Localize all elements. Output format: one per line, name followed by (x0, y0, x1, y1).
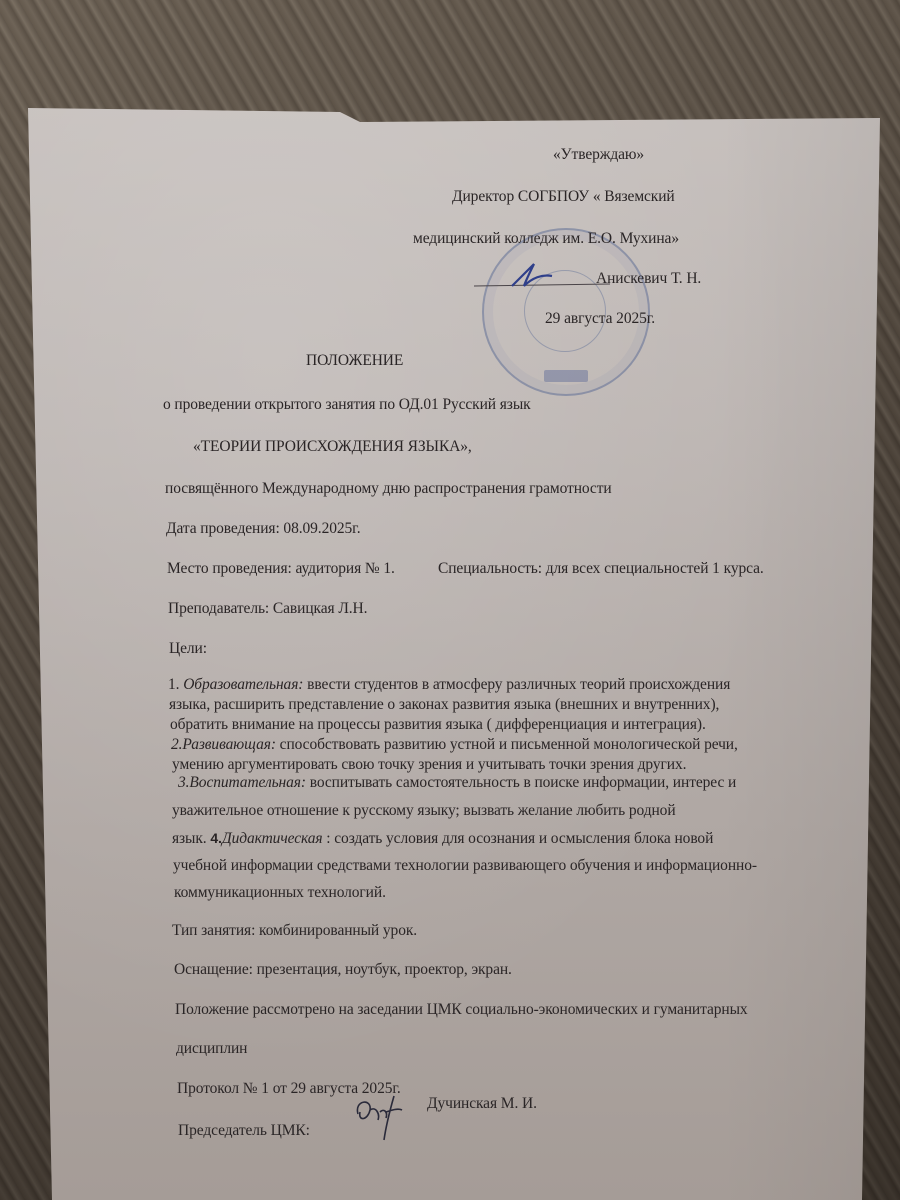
review-line-1: Положение рассмотрено на заседании ЦМК с… (175, 1001, 748, 1019)
goal-1-line-3: обратить внимание на процессы развития я… (170, 716, 706, 734)
stamp-label-block (544, 370, 588, 382)
goal-2-text: способствовать развитию устной и письмен… (276, 736, 738, 753)
teacher-name: Преподаватель: Савицкая Л.Н. (168, 600, 367, 618)
director-line-2: медицинский колледж им. Е.О. Мухина» (413, 230, 679, 248)
goal-4-line-2: учебной информации средствами технологии… (173, 857, 757, 875)
document-title: ПОЛОЖЕНИЕ (306, 352, 403, 370)
lesson-place: Место проведения: аудитория № 1. (167, 560, 395, 578)
goal-3-text: воспитывать самостоятельность в поиске и… (306, 774, 736, 791)
director-name: Анискевич Т. Н. (596, 270, 701, 288)
review-line-2: дисциплин (176, 1040, 247, 1058)
lesson-type: Тип занятия: комбинированный урок. (172, 922, 417, 940)
equipment: Оснащение: презентация, ноутбук, проекто… (174, 961, 512, 979)
director-line-1: Директор СОГБПОУ « Вяземский (452, 188, 675, 206)
goal-1-line-2: языка, расширить представление о законах… (169, 696, 719, 714)
goal-4-line-3: коммуникационных технологий. (174, 884, 386, 902)
goal-3-line-3: язык. 4.Дидактическая : создать условия … (172, 830, 713, 848)
goal-3-line-1: 3.Воспитательная: воспитывать самостояте… (178, 774, 736, 792)
goals-label: Цели: (169, 640, 207, 658)
goal-3-line-2: уважительное отношение к русскому языку;… (172, 802, 676, 820)
goal-3-text-end: язык. (172, 830, 210, 847)
lesson-topic: «ТЕОРИИ ПРОИСХОЖДЕНИЯ ЯЗЫКА», (193, 438, 472, 456)
goal-4-label: Дидактическая (222, 830, 323, 847)
chair-name: Дучинская М. И. (427, 1095, 537, 1113)
chair-signature-icon (350, 1092, 410, 1144)
goal-2-line-2: умению аргументировать свою точку зрения… (172, 756, 686, 774)
document-subtitle: о проведении открытого занятия по ОД.01 … (163, 396, 531, 414)
lesson-date: Дата проведения: 08.09.2025г. (166, 520, 360, 538)
goal-4-number: 4. (210, 830, 221, 846)
lesson-specialty: Специальность: для всех специальностей 1… (438, 560, 764, 578)
goal-3-label: 3.Воспитательная: (178, 774, 306, 791)
chair-label: Председатель ЦМК: (178, 1122, 310, 1140)
paper-lighting (0, 0, 900, 1200)
approval-date: 29 августа 2025г. (545, 310, 655, 328)
dedication-line: посвящённого Международному дню распрост… (165, 480, 612, 498)
goal-2-line-1: 2.Развивающая: способствовать развитию у… (171, 736, 738, 754)
goal-1-number: 1. (168, 676, 183, 693)
goal-1-label: Образовательная: (183, 676, 303, 693)
goal-2-label: 2.Развивающая: (171, 736, 276, 753)
goal-4-text: : создать условия для осознания и осмысл… (323, 830, 714, 847)
goal-1-line-1: 1. Образовательная: ввести студентов в а… (168, 676, 730, 694)
director-signature-icon (472, 256, 612, 296)
approval-heading: «Утверждаю» (553, 146, 644, 164)
goal-1-text: ввести студентов в атмосферу различных т… (303, 676, 730, 693)
